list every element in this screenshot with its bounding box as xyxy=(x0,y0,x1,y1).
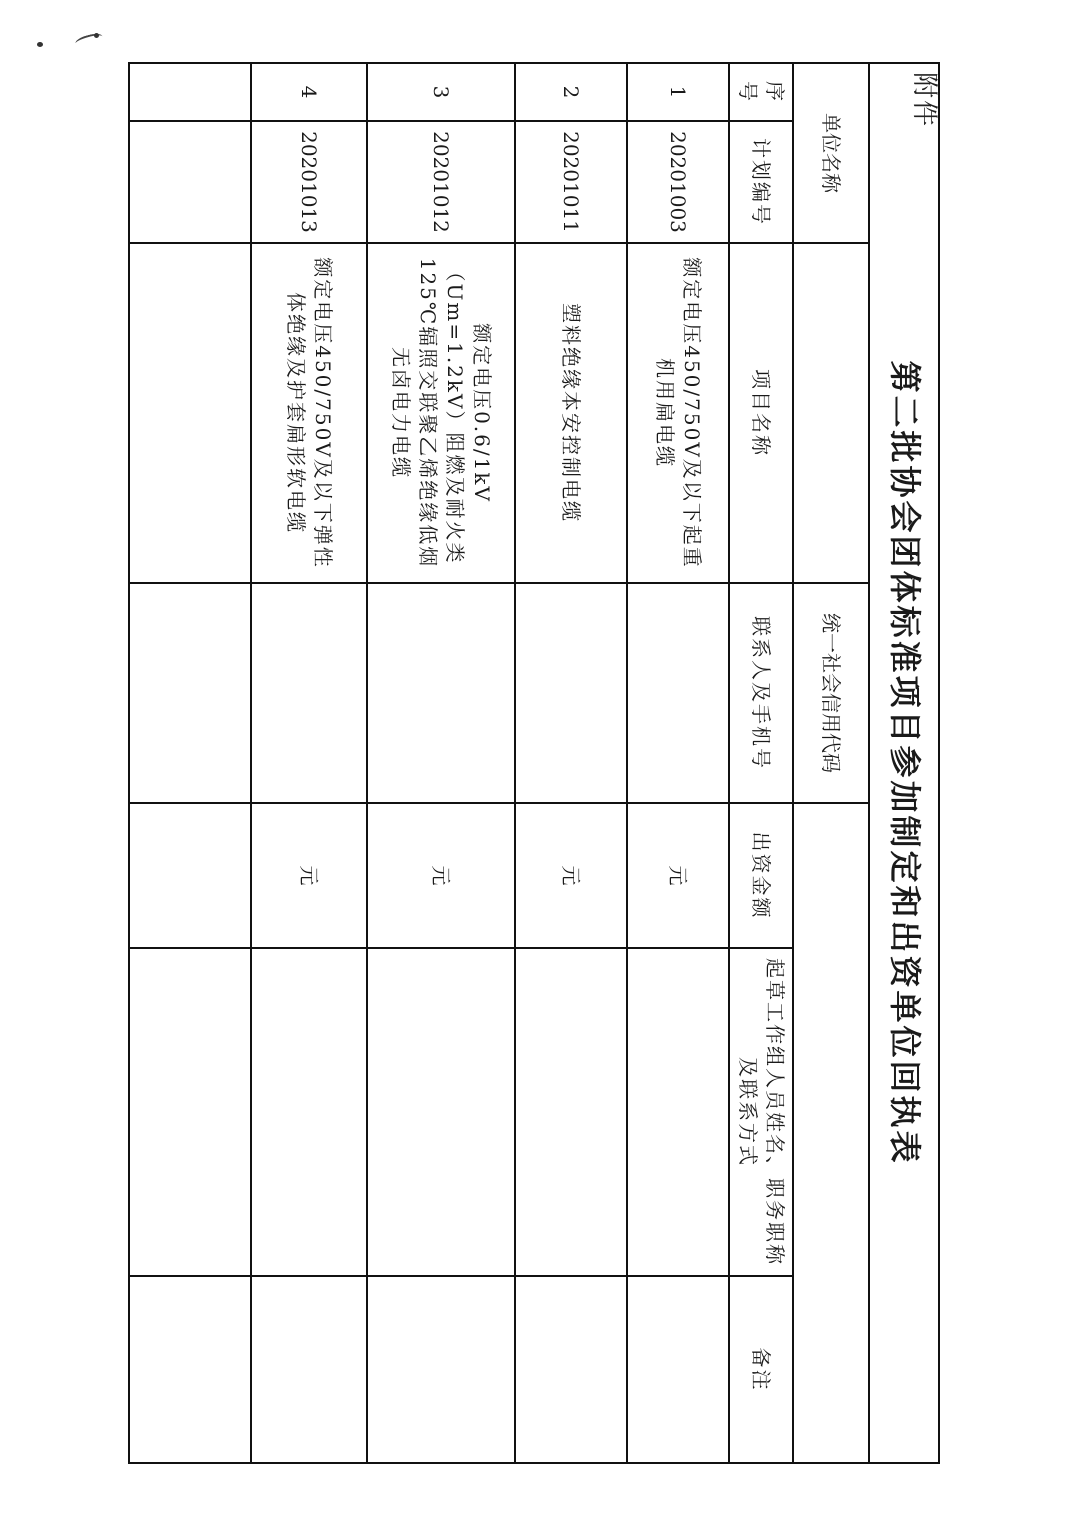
contact-field[interactable] xyxy=(367,583,515,803)
drafting-field[interactable] xyxy=(515,948,627,1276)
plan-no-cell: 20201003 xyxy=(627,121,729,243)
drafting-field[interactable] xyxy=(627,948,729,1276)
remark-field[interactable] xyxy=(367,1276,515,1463)
contact-field[interactable] xyxy=(129,583,251,803)
amount-field[interactable] xyxy=(129,803,251,948)
scan-speck xyxy=(37,42,43,47)
credit-code-label: 统一社会信用代码 xyxy=(793,583,869,803)
col-header-project: 项目名称 xyxy=(729,243,793,583)
contact-field[interactable] xyxy=(627,583,729,803)
plan-no-cell: 20201012 xyxy=(367,121,515,243)
scan-speck xyxy=(94,33,99,38)
table-row: 4 20201013 额定电压450/750V及以下弹性体绝缘及护套扁形软电缆 … xyxy=(251,63,367,1463)
project-name-cell: 额定电压450/750V及以下弹性体绝缘及护套扁形软电缆 xyxy=(251,243,367,583)
col-header-seq: 序号 xyxy=(729,63,793,121)
table-row: 1 20201003 额定电压450/750V及以下起重机用扁电缆 元 xyxy=(627,63,729,1463)
col-header-drafting: 起草工作组人员姓名、职务职称及联系方式 xyxy=(729,948,793,1276)
unit-name-field[interactable] xyxy=(793,243,869,583)
amount-field[interactable]: 元 xyxy=(627,803,729,948)
amount-field[interactable]: 元 xyxy=(515,803,627,948)
seq-cell: 4 xyxy=(251,63,367,121)
receipt-form-table: 第二批协会团体标准项目参加制定和出资单位回执表 单位名称 统一社会信用代码 序号… xyxy=(128,62,940,1464)
scan-mark xyxy=(74,32,104,49)
col-header-amount: 出资金额 xyxy=(729,803,793,948)
table-row-empty xyxy=(129,63,251,1463)
plan-no-cell[interactable] xyxy=(129,121,251,243)
remark-field[interactable] xyxy=(251,1276,367,1463)
seq-cell: 1 xyxy=(627,63,729,121)
drafting-field[interactable] xyxy=(251,948,367,1276)
remark-field[interactable] xyxy=(627,1276,729,1463)
unit-name-label: 单位名称 xyxy=(793,63,869,243)
plan-no-cell: 20201013 xyxy=(251,121,367,243)
seq-cell[interactable] xyxy=(129,63,251,121)
form-title: 第二批协会团体标准项目参加制定和出资单位回执表 xyxy=(869,63,939,1463)
rotated-form-sheet: 附件 第二批协会团体标准项目参加制定和出资单位回执表 单位名称 统一社会信用代码… xyxy=(55,62,945,1467)
col-header-plan-no: 计划编号 xyxy=(729,121,793,243)
drafting-field[interactable] xyxy=(367,948,515,1276)
amount-field[interactable]: 元 xyxy=(251,803,367,948)
project-name-cell[interactable] xyxy=(129,243,251,583)
remark-field[interactable] xyxy=(129,1276,251,1463)
contact-field[interactable] xyxy=(515,583,627,803)
col-header-contact: 联系人及手机号 xyxy=(729,583,793,803)
drafting-field[interactable] xyxy=(129,948,251,1276)
unit-info-row: 单位名称 统一社会信用代码 xyxy=(793,63,869,1463)
table-row: 2 20201011 塑料绝缘本安控制电缆 元 xyxy=(515,63,627,1463)
remark-field[interactable] xyxy=(515,1276,627,1463)
col-header-remark: 备注 xyxy=(729,1276,793,1463)
credit-code-field[interactable] xyxy=(793,803,869,1463)
table-row: 3 20201012 额定电压0.6/1kV（Um=1.2kV）阻燃及耐火类12… xyxy=(367,63,515,1463)
project-name-cell: 塑料绝缘本安控制电缆 xyxy=(515,243,627,583)
seq-cell: 2 xyxy=(515,63,627,121)
table-header-row: 序号 计划编号 项目名称 联系人及手机号 出资金额 起草工作组人员姓名、职务职称… xyxy=(729,63,793,1463)
contact-field[interactable] xyxy=(251,583,367,803)
project-name-cell: 额定电压0.6/1kV（Um=1.2kV）阻燃及耐火类125℃辐照交联聚乙烯绝缘… xyxy=(367,243,515,583)
project-name-cell: 额定电压450/750V及以下起重机用扁电缆 xyxy=(627,243,729,583)
plan-no-cell: 20201011 xyxy=(515,121,627,243)
amount-field[interactable]: 元 xyxy=(367,803,515,948)
seq-cell: 3 xyxy=(367,63,515,121)
